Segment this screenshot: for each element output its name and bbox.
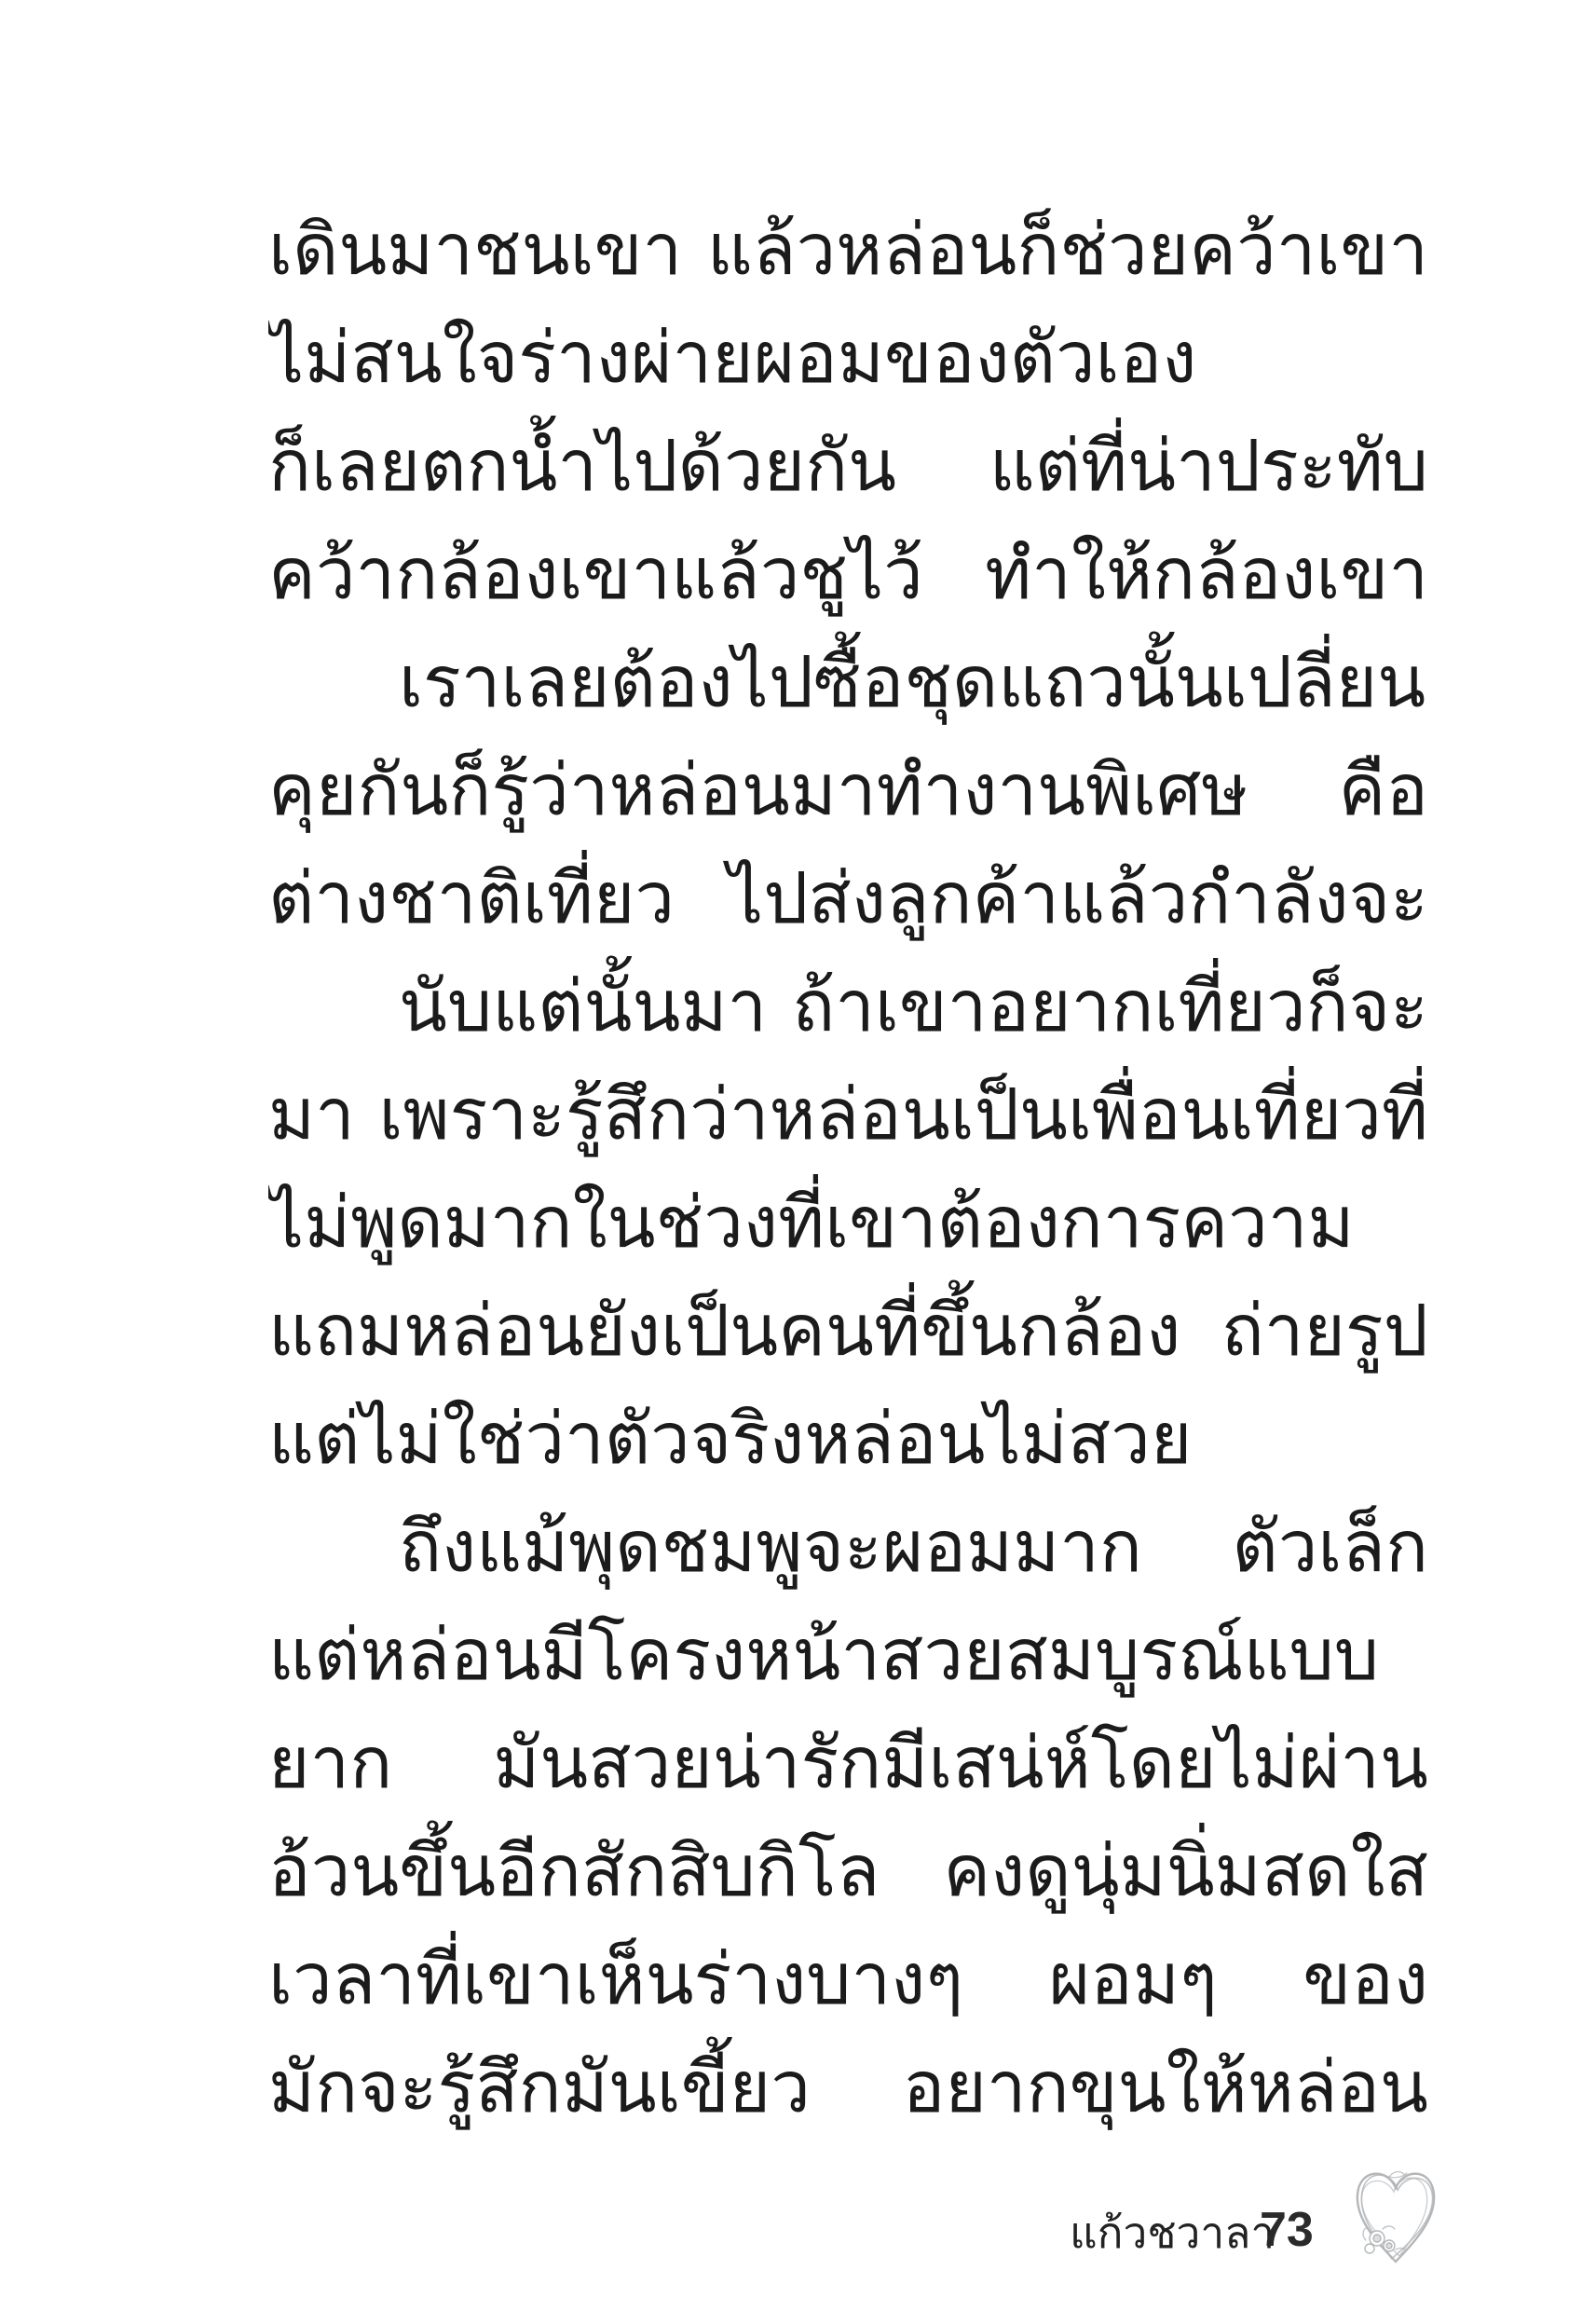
footer-book-title: แก้วชวาลา xyxy=(1070,2210,1275,2258)
book-page: เดินมาชนเขา แล้วหล่อนก็ช่วยคว้าเขาไว้ โด… xyxy=(0,0,1596,2311)
text-line: ถึงแม้พุดชมพูจะผอมมาก ตัวเล็กนิดเดียว xyxy=(268,1494,1428,1602)
footer-page-number: 73 xyxy=(1260,2205,1314,2256)
text-line: ต่างชาติเที่ยว ไปส่งลูกค้าแล้วกำลังจะกลั… xyxy=(268,845,1428,953)
text-line: มักจะรู้สึกมันเขี้ยว อยากขุนให้หล่อนอ้วน… xyxy=(268,2034,1428,2142)
text-line: ยาก มันสวยน่ารักมีเสน่ห์โดยไม่ผ่านมีดหมอ… xyxy=(268,1710,1428,1818)
text-line: เดินมาชนเขา แล้วหล่อนก็ช่วยคว้าเขาไว้ โด… xyxy=(268,197,1428,305)
text-line: เวลาที่เขาเห็นร่างบางๆ ผอมๆ ของหล่อนทุกค… xyxy=(268,1926,1428,2034)
text-line: อ้วนขึ้นอีกสักสิบกิโล คงดูนุ่มนิ่มสดใสกว… xyxy=(268,1818,1428,1926)
text-line: คว้ากล้องเขาแล้วชูไว้ ทำให้กล้องเขาไม่เป… xyxy=(268,521,1428,629)
text-line: แต่ไม่ใช่ว่าตัวจริงหล่อนไม่สวย xyxy=(268,1386,1428,1494)
text-line: มา เพราะรู้สึกว่าหล่อนเป็นเพื่อนเที่ยวที… xyxy=(268,1061,1428,1169)
text-line: คุยกันก็รู้ว่าหล่อนมาทำงานพิเศษ คือพานัก… xyxy=(268,737,1428,845)
text-line: ไม่พูดมากในช่วงที่เขาต้องการความสงบ และใ… xyxy=(268,1169,1428,1278)
text-line: แถมหล่อนยังเป็นคนที่ขึ้นกล้อง ถ่ายรูปแล้… xyxy=(268,1278,1428,1386)
text-line: ไม่สนใจร่างผ่ายผอมของตัวเอง สุดท้ายเราทั… xyxy=(268,305,1428,413)
text-line: เราเลยต้องไปซื้อชุดแถวนั้นเปลี่ยน ระหว่า… xyxy=(268,629,1428,737)
text-block: เดินมาชนเขา แล้วหล่อนก็ช่วยคว้าเขาไว้ โด… xyxy=(268,197,1428,2142)
text-line: ก็เลยตกน้ำไปด้วยกัน แต่ที่น่าประทับใจคือ… xyxy=(268,413,1428,521)
text-line: แต่หล่อนมีโครงหน้าสวยสมบูรณ์แบบหาใครเทีย… xyxy=(268,1602,1428,1710)
heart-wreath-icon xyxy=(1349,2156,1442,2272)
text-line: นับแต่นั้นมา ถ้าเขาอยากเที่ยวก็จะจ้างหล่… xyxy=(268,953,1428,1061)
